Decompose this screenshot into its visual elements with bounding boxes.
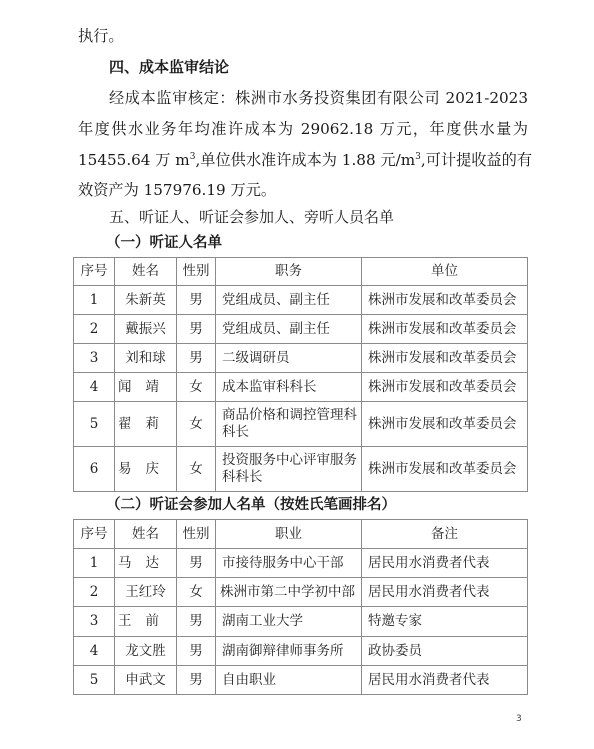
cell-title: 投资服务中心评审服务科科长 xyxy=(216,447,362,492)
section-heading-4: 四、成本监审结论 xyxy=(109,57,559,77)
table-row: 1 马达 男 市接待服务中心干部 居民用水消费者代表 xyxy=(74,549,528,578)
page-number: 3 xyxy=(516,714,522,724)
paragraph-line: 年度供水业务年均准许成本为 29062.18 万元，年度供水量为 xyxy=(78,119,528,139)
cell-gender: 男 xyxy=(177,637,216,666)
col-header-job: 职业 xyxy=(216,520,362,549)
table-row: 2 戴振兴 男 党组成员、副主任 株洲市发展和改革委员会 xyxy=(74,315,528,344)
cell-gender: 女 xyxy=(177,447,216,492)
cell-no: 2 xyxy=(74,578,115,607)
col-header-no: 序号 xyxy=(74,520,115,549)
cell-name: 龙文胜 xyxy=(115,637,177,666)
paragraph-line: 经成本监审核定：株洲市水务投资集团有限公司 2021-2023 xyxy=(109,88,528,108)
table-row: 4 闻靖 女 成本监审科科长 株洲市发展和改革委员会 xyxy=(74,373,528,402)
col-header-unit: 单位 xyxy=(362,258,528,286)
table-row: 5 申武文 男 自由职业 居民用水消费者代表 xyxy=(74,666,528,695)
cell-job: 自由职业 xyxy=(216,666,362,695)
cell-name: 朱新英 xyxy=(115,286,177,315)
cell-no: 6 xyxy=(74,447,115,492)
cell-name: 申武文 xyxy=(115,666,177,695)
cell-unit: 株洲市发展和改革委员会 xyxy=(362,344,528,373)
cell-note: 居民用水消费者代表 xyxy=(362,666,528,695)
cell-title: 成本监审科科长 xyxy=(216,373,362,402)
superscript: 3 xyxy=(415,152,421,162)
cell-gender: 男 xyxy=(177,286,216,315)
cell-gender: 男 xyxy=(177,315,216,344)
text-span: ,单位供水准许成本为 1.88 元/m xyxy=(195,151,415,169)
cell-gender: 女 xyxy=(177,373,216,402)
cell-no: 5 xyxy=(74,402,115,447)
cell-name: 翟莉 xyxy=(115,402,177,447)
cell-note: 政协委员 xyxy=(362,637,528,666)
table-row: 5 翟莉 女 商品价格和调控管理科科长 株洲市发展和改革委员会 xyxy=(74,402,528,447)
cell-no: 4 xyxy=(74,373,115,402)
cell-gender: 男 xyxy=(177,549,216,578)
participants-table: 序号 姓名 性别 职业 备注 1 马达 男 市接待服务中心干部 居民用水消费者代… xyxy=(73,519,528,695)
cell-name: 戴振兴 xyxy=(115,315,177,344)
cell-title: 党组成员、副主任 xyxy=(216,315,362,344)
cell-name: 王前 xyxy=(115,607,177,637)
table-header-row: 序号 姓名 性别 职务 单位 xyxy=(74,258,528,286)
cell-name: 刘和球 xyxy=(115,344,177,373)
cell-title: 商品价格和调控管理科科长 xyxy=(216,402,362,447)
paragraph-line: 执行。 xyxy=(78,26,528,46)
cell-note: 居民用水消费者代表 xyxy=(362,549,528,578)
cell-no: 5 xyxy=(74,666,115,695)
cell-gender: 女 xyxy=(177,578,216,607)
table-row: 1 朱新英 男 党组成员、副主任 株洲市发展和改革委员会 xyxy=(74,286,528,315)
cell-no: 1 xyxy=(74,549,115,578)
text-span: ,可计提收益的有 xyxy=(421,151,532,169)
paragraph-line: 效资产为 157976.19 万元。 xyxy=(78,180,528,200)
cell-gender: 女 xyxy=(177,402,216,447)
cell-unit: 株洲市发展和改革委员会 xyxy=(362,373,528,402)
table-row: 2 王红玲 女 株洲市第二中学初中部 居民用水消费者代表 xyxy=(74,578,528,607)
cell-title: 二级调研员 xyxy=(216,344,362,373)
cell-job: 湖南工业大学 xyxy=(216,607,362,637)
superscript: 3 xyxy=(190,152,196,162)
cell-unit: 株洲市发展和改革委员会 xyxy=(362,402,528,447)
paragraph-line: 15455.64 万 m3,单位供水准许成本为 1.88 元/m3,可计提收益的… xyxy=(78,150,528,170)
col-header-gender: 性别 xyxy=(177,258,216,286)
cell-name: 王红玲 xyxy=(115,578,177,607)
text-span: 15455.64 万 m xyxy=(78,151,190,169)
cell-note: 特邀专家 xyxy=(362,607,528,637)
col-header-name: 姓名 xyxy=(115,258,177,286)
col-header-gender: 性别 xyxy=(177,520,216,549)
cell-no: 3 xyxy=(74,607,115,637)
table-header-row: 序号 姓名 性别 职业 备注 xyxy=(74,520,528,549)
cell-no: 1 xyxy=(74,286,115,315)
cell-note: 居民用水消费者代表 xyxy=(362,578,528,607)
cell-job: 株洲市第二中学初中部 xyxy=(216,578,362,607)
cell-no: 3 xyxy=(74,344,115,373)
cell-job: 湖南御辩律师事务所 xyxy=(216,637,362,666)
subsection-heading-participants: （二）听证会参加人名单（按姓氏笔画排名） xyxy=(106,495,556,515)
col-header-no: 序号 xyxy=(74,258,115,286)
hearing-officers-table: 序号 姓名 性别 职务 单位 1 朱新英 男 党组成员、副主任 株洲市发展和改革… xyxy=(73,257,528,492)
cell-unit: 株洲市发展和改革委员会 xyxy=(362,286,528,315)
cell-gender: 男 xyxy=(177,666,216,695)
table-row: 6 易庆 女 投资服务中心评审服务科科长 株洲市发展和改革委员会 xyxy=(74,447,528,492)
col-header-name: 姓名 xyxy=(115,520,177,549)
table-row: 3 刘和球 男 二级调研员 株洲市发展和改革委员会 xyxy=(74,344,528,373)
cell-job: 市接待服务中心干部 xyxy=(216,549,362,578)
cell-name: 闻靖 xyxy=(115,373,177,402)
section-heading-5: 五、听证人、听证会参加人、旁听人员名单 xyxy=(109,207,559,227)
cell-no: 4 xyxy=(74,637,115,666)
cell-name: 易庆 xyxy=(115,447,177,492)
cell-unit: 株洲市发展和改革委员会 xyxy=(362,315,528,344)
subsection-heading-hearing-officers: （一）听证人名单 xyxy=(106,233,556,253)
table-row: 4 龙文胜 男 湖南御辩律师事务所 政协委员 xyxy=(74,637,528,666)
table-row: 3 王前 男 湖南工业大学 特邀专家 xyxy=(74,607,528,637)
cell-gender: 男 xyxy=(177,344,216,373)
cell-unit: 株洲市发展和改革委员会 xyxy=(362,447,528,492)
cell-gender: 男 xyxy=(177,607,216,637)
cell-title: 党组成员、副主任 xyxy=(216,286,362,315)
col-header-note: 备注 xyxy=(362,520,528,549)
cell-no: 2 xyxy=(74,315,115,344)
col-header-title: 职务 xyxy=(216,258,362,286)
cell-name: 马达 xyxy=(115,549,177,578)
